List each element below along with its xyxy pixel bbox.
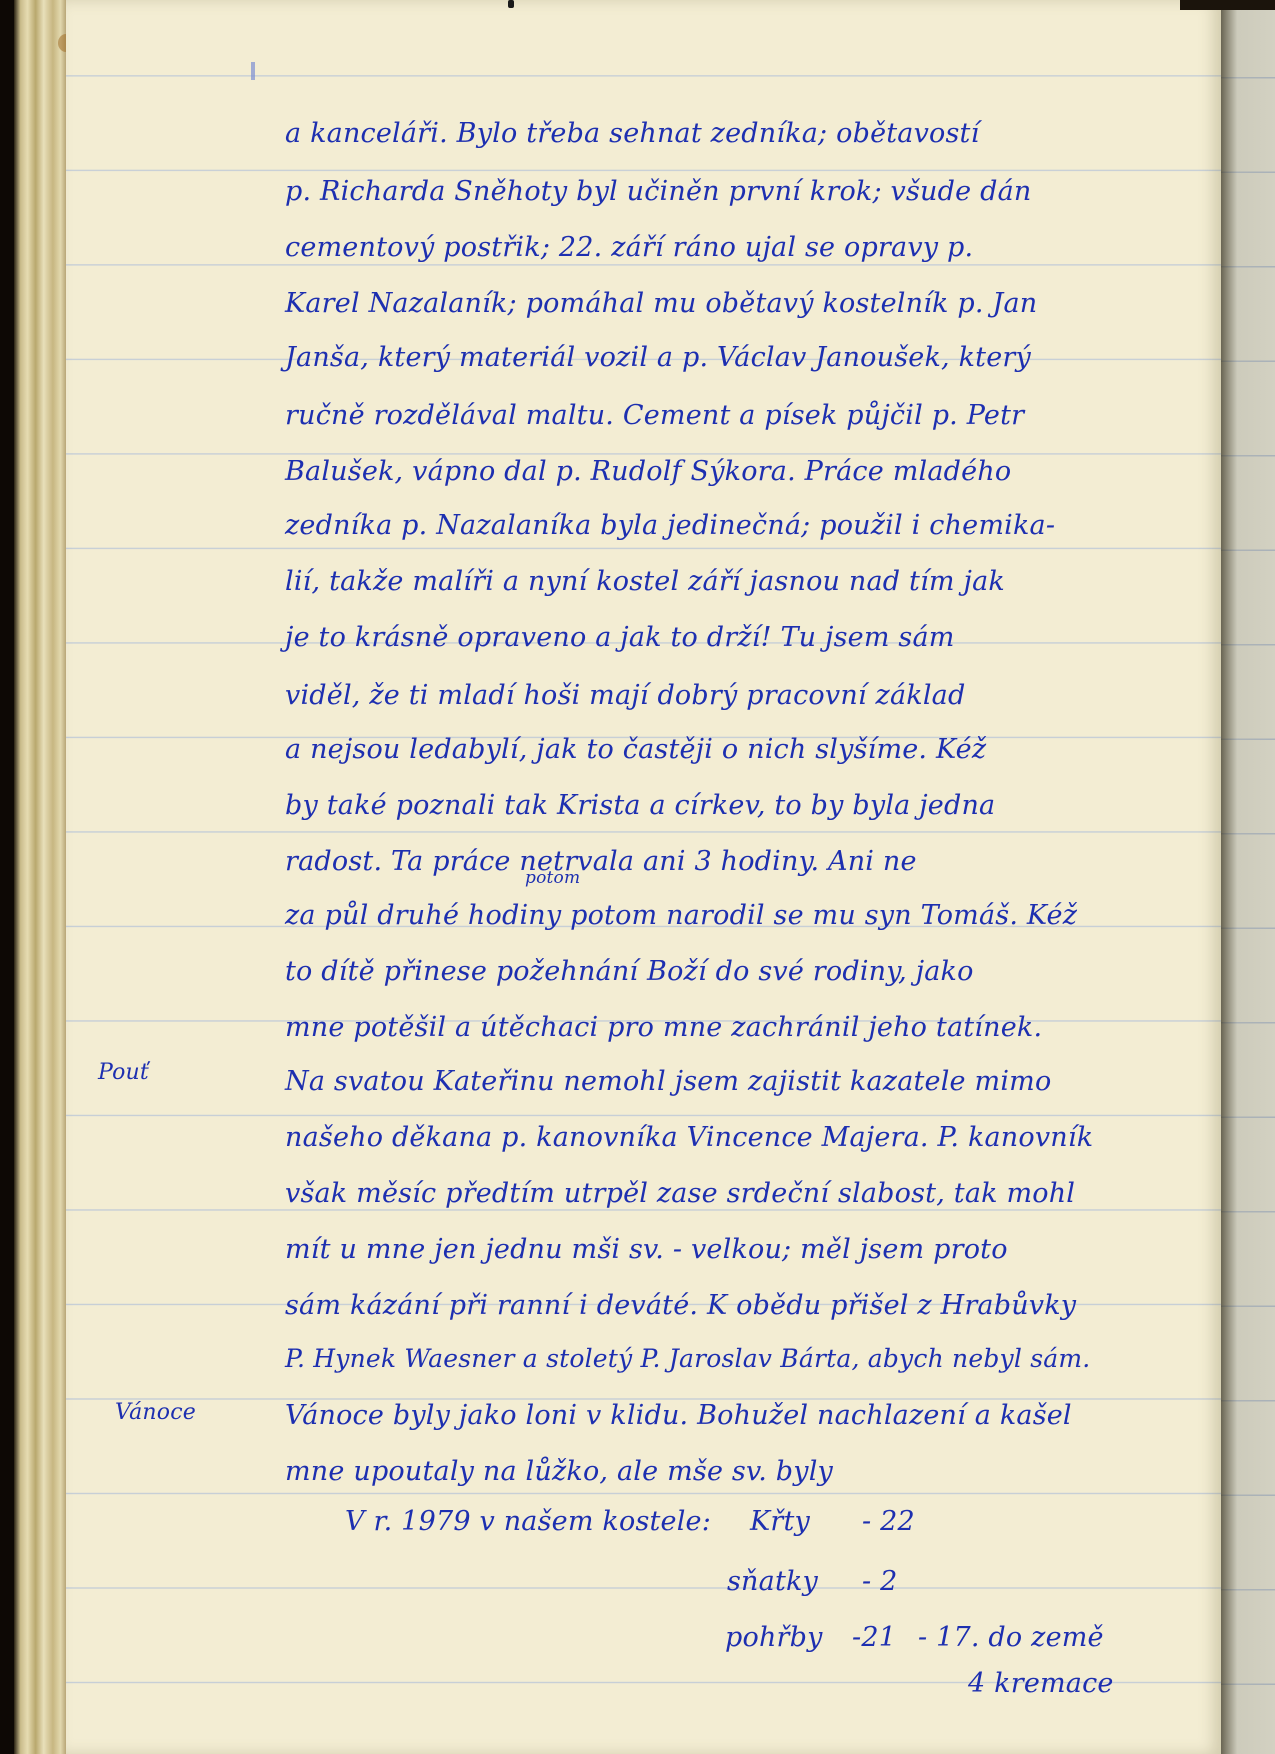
text-line: a nejsou ledabylí, jak to častěji o nich… (285, 734, 986, 765)
text-line: radost. Ta práce netrvala ani 3 hodiny. … (285, 846, 917, 877)
text-line: p. Richarda Sněhoty byl učiněn první kro… (285, 176, 1031, 207)
text-line: Janša, který materiál vozil a p. Václav … (285, 342, 1031, 373)
stat-detail-burials: - 17. do země (918, 1622, 1104, 1653)
stat-label-funerals: pohřby (725, 1622, 823, 1653)
text-line: mne potěšil a útěchaci pro mne zachránil… (285, 1012, 1042, 1043)
text-line: je to krásně opraveno a jak to drží! Tu … (285, 622, 955, 653)
interlinear-insertion: potom (525, 868, 580, 888)
text-line: Vánoce byly jako loni v klidu. Bohužel n… (285, 1400, 1072, 1431)
text-line: P. Hynek Waesner a stoletý P. Jaroslav B… (285, 1344, 1090, 1373)
text-line: ručně rozdělával maltu. Cement a písek p… (285, 400, 1024, 431)
stat-detail-cremations: 4 kremace (968, 1668, 1114, 1699)
text-line: to dítě přinese požehnání Boží do své ro… (285, 956, 974, 987)
stat-value-baptisms: - 22 (862, 1506, 915, 1537)
text-line: zedníka p. Nazalaníka byla jedinečná; po… (285, 510, 1055, 541)
text-line: mne upoutaly na lůžko, ale mše sv. byly (285, 1456, 833, 1487)
text-line: našeho děkana p. kanovníka Vincence Maje… (285, 1122, 1093, 1153)
text-line: však měsíc předtím utrpěl zase srdeční s… (285, 1178, 1075, 1209)
ink-mark (251, 62, 255, 80)
stat-value-weddings: - 2 (862, 1566, 897, 1597)
book-page-edges (14, 0, 68, 1754)
facing-page-edge (1221, 0, 1275, 1754)
text-line: Karel Nazalaník; pomáhal mu obětavý kost… (285, 288, 1037, 319)
binding-shadow (1180, 0, 1275, 10)
text-line: viděl, že ti mladí hoši mají dobrý praco… (285, 680, 965, 711)
text-line: sám kázání při ranní i deváté. K obědu p… (285, 1290, 1076, 1321)
text-line: mít u mne jen jednu mši sv. - velkou; mě… (285, 1234, 1008, 1265)
text-line: za půl druhé hodiny potom narodil se mu … (285, 900, 1077, 931)
text-line: a kanceláři. Bylo třeba sehnat zedníka; … (285, 118, 979, 149)
stat-label-baptisms: Křty (750, 1506, 810, 1537)
text-line: lií, takže malíři a nyní kostel září jas… (285, 566, 1005, 597)
text-line: Na svatou Kateřinu nemohl jsem zajistit … (285, 1066, 1051, 1097)
stat-label-weddings: sňatky (727, 1566, 818, 1597)
stat-value-funerals: -21 (852, 1622, 896, 1653)
notebook-page (66, 0, 1221, 1754)
ink-dot (508, 0, 514, 8)
margin-note-vanoce: Vánoce (115, 1400, 196, 1425)
margin-note-pout: Pouť (98, 1060, 149, 1085)
statistics-intro: V r. 1979 v našem kostele: (345, 1506, 711, 1537)
text-line: by také poznali tak Krista a církev, to … (285, 790, 995, 821)
text-line: Balušek, vápno dal p. Rudolf Sýkora. Prá… (285, 456, 1011, 487)
text-line: cementový postřik; 22. září ráno ujal se… (285, 232, 973, 263)
